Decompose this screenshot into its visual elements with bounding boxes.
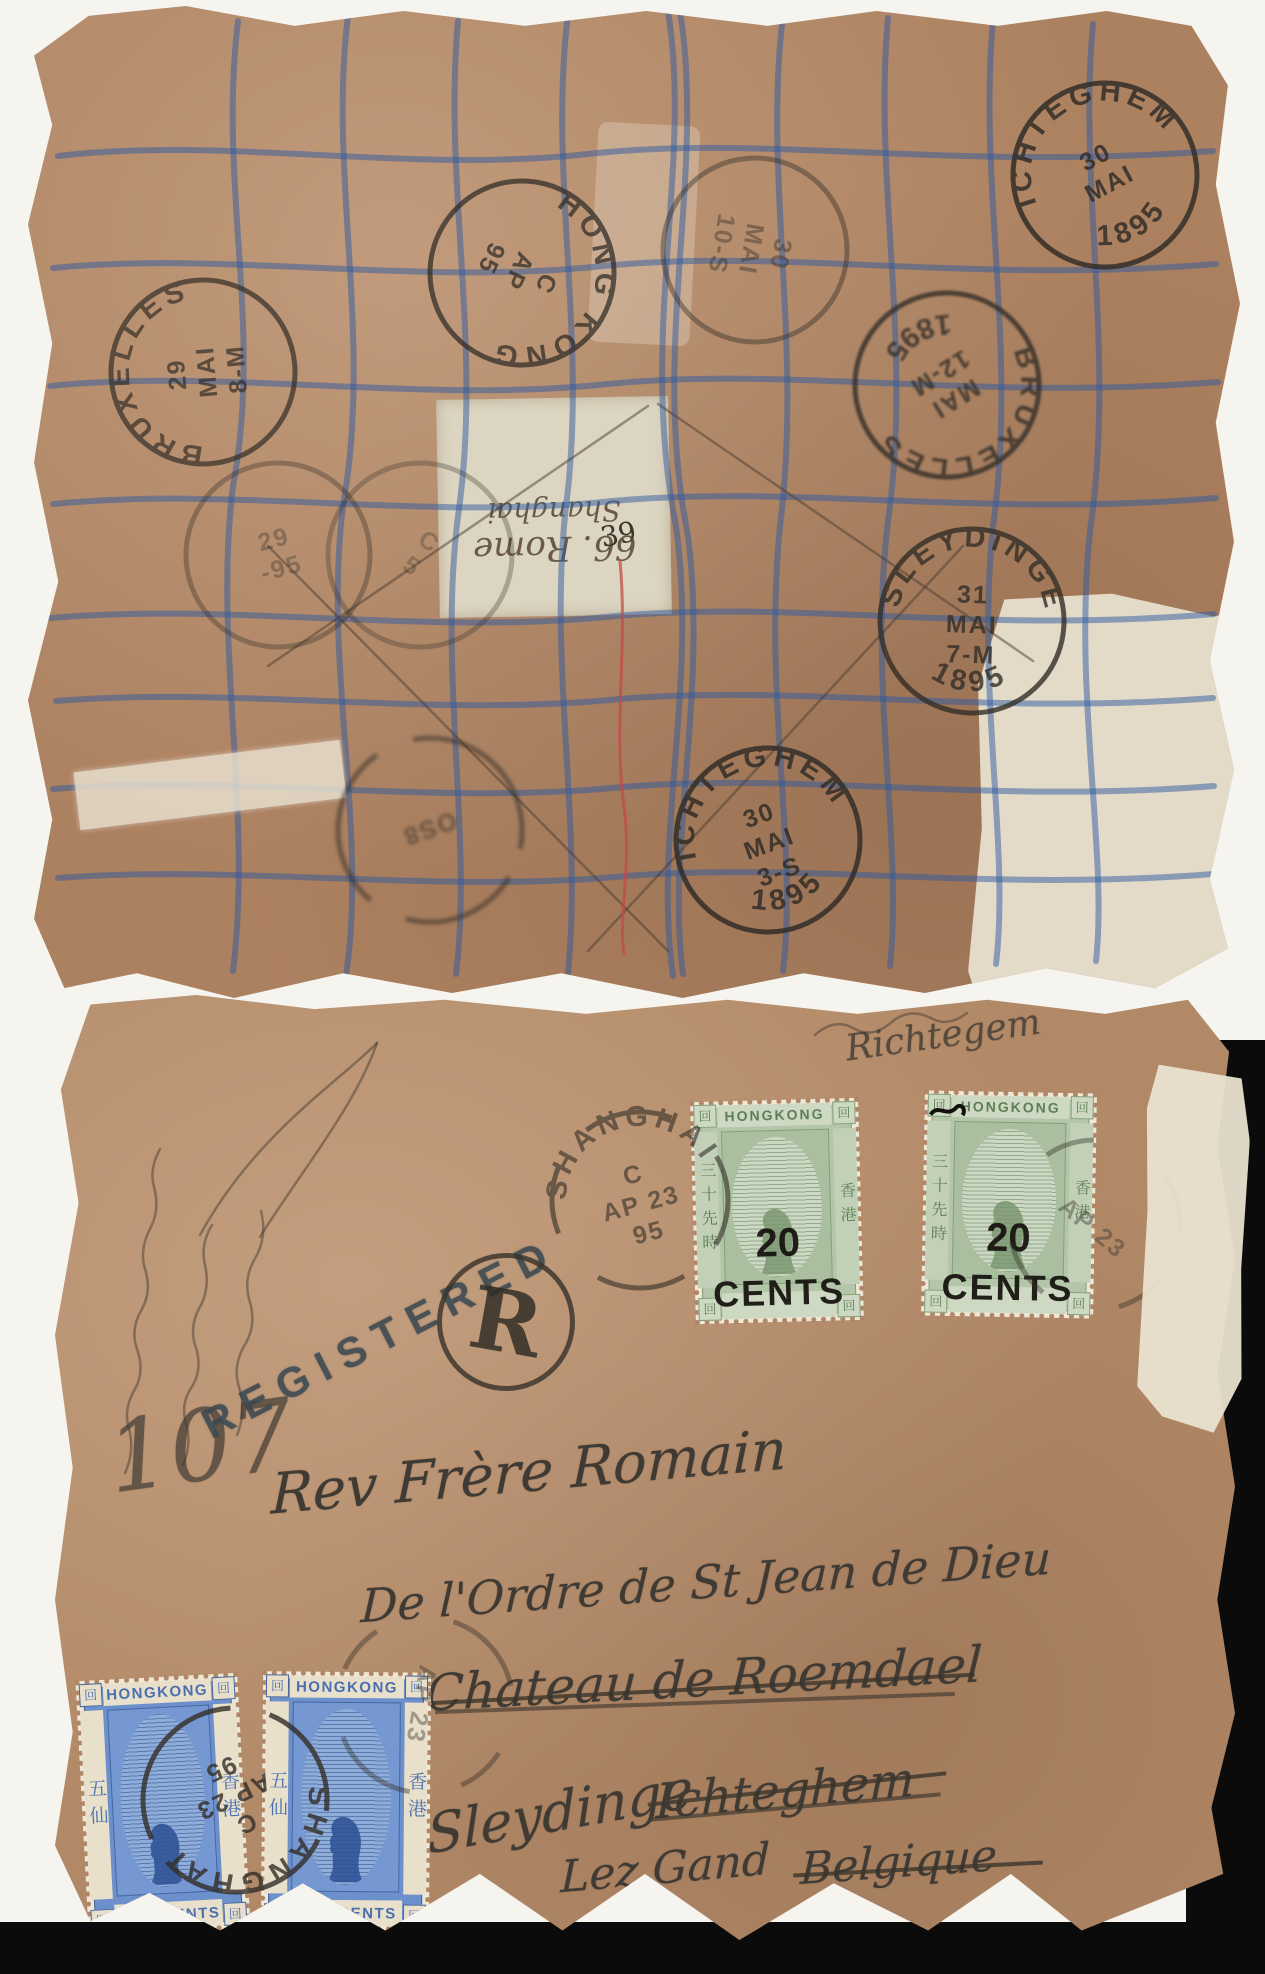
postmark-day: 30 — [764, 236, 797, 272]
address-line-lez-gand: Lez Gand — [560, 1834, 770, 1904]
address-line-addressee: Rev Frère Romain — [270, 1417, 787, 1527]
postmark-town: ICHTEGHEM — [971, 40, 1190, 217]
cds-town: SHANGHAI — [522, 1079, 728, 1209]
cds-year: 95 — [630, 1215, 668, 1250]
svg-text:SHANGHAI: SHANGHAI — [522, 1079, 728, 1209]
cds-date: AP 23 — [1053, 1192, 1132, 1264]
cds-index: C — [620, 1159, 647, 1191]
cds-fragment-blue: AP 23 — [298, 1578, 553, 1833]
postmark-month: MAI — [191, 345, 223, 399]
ink-blot — [926, 1099, 968, 1126]
label-number: 39 — [598, 515, 639, 554]
postmark-day: 29 — [162, 357, 193, 391]
black-backdrop-bottom — [0, 1922, 1265, 1974]
postmark-sleydinge: SLEYDINGE 1895 31 MAI 7-M — [858, 507, 1086, 735]
stamp-corner-ornament: 回 — [832, 1101, 856, 1125]
corner-note: Richtegem — [843, 1002, 1043, 1070]
postmark-town: HONG KONG — [481, 183, 654, 405]
envelope-front: Richtegem 107 REGISTERED R HONGKONG 回 回 … — [55, 995, 1235, 1940]
postmark-day: 31 — [957, 580, 990, 609]
postmark-index: C — [529, 269, 563, 299]
postmark-time: 8-M — [221, 343, 253, 394]
postmark-fragment: OS8 — [398, 805, 460, 850]
envelope-back: 66. Rome Shanghai 39 — [28, 6, 1240, 998]
stamp-corner-ornament: 回 — [79, 1683, 103, 1707]
postmark-month: MAI — [945, 610, 998, 640]
tape-strip-right — [1136, 1064, 1253, 1433]
svg-text:ICHTEGHEM: ICHTEGHEM — [971, 40, 1190, 217]
svg-text:HONG KONG: HONG KONG — [481, 183, 654, 405]
stamp-country: HONGKONG — [717, 1103, 832, 1128]
postmark-smudged: OS8 — [289, 689, 571, 971]
red-crayon-line — [620, 561, 627, 954]
cds-index: C — [231, 1807, 261, 1841]
postmark-time: 7-M — [946, 640, 996, 670]
photograph-of-1895-registered-cover: { "back": { "postmarks": [ {"arc_top": "… — [0, 0, 1265, 1974]
address-line-belgique-struck: Belgique — [799, 1830, 998, 1895]
cds-date: AP 23 — [400, 1663, 441, 1746]
postmark-time: 5 — [397, 550, 426, 582]
postmark-ichteghem-centre: ICHTEGHEM 1895 30 MAI 3-S — [627, 699, 909, 981]
